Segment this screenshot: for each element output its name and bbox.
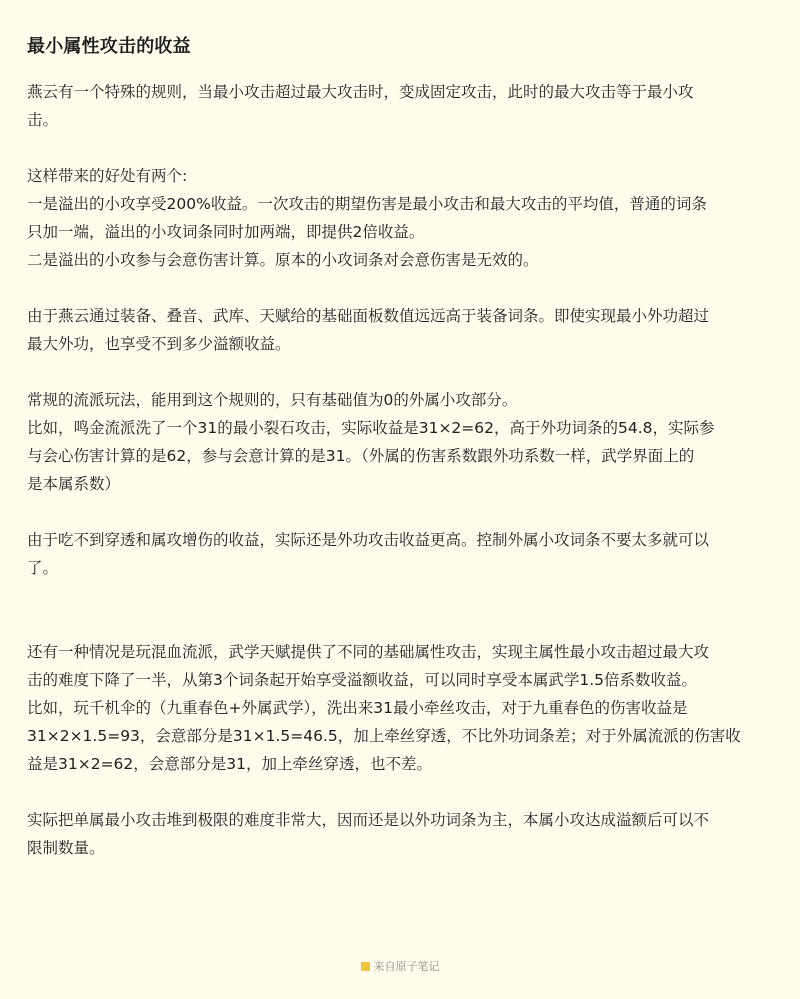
paragraph-conclusion: 实际把单属最小攻击堆到极限的难度非常大，因而还是以外功词条为主，本属小攻达成溢额… <box>27 806 779 862</box>
text-line: 比如，鸣金流派洗了一个31的最小裂石攻击，实际收益是31×2=62，高于外功词条… <box>27 414 779 442</box>
text-line: 最大外功，也享受不到多少溢额收益。 <box>27 330 779 358</box>
text-line: 了。 <box>27 554 779 582</box>
text-line: 31×2×1.5=93，会意部分是31×1.5=46.5，加上牵丝穿透，不比外功… <box>27 722 779 750</box>
paragraph-hybrid-build: 还有一种情况是玩混血流派，武学天赋提供了不同的基础属性攻击，实现主属性最小攻击超… <box>27 638 779 778</box>
text-line: 限制数量。 <box>27 834 779 862</box>
text-line: 二是溢出的小攻参与会意伤害计算。原本的小攻词条对会意伤害是无效的。 <box>27 246 779 274</box>
footer-label: 来自原子笔记 <box>374 960 440 973</box>
text-line: 实际把单属最小攻击堆到极限的难度非常大，因而还是以外功词条为主，本属小攻达成溢额… <box>27 806 779 834</box>
text-line: 只加一端，溢出的小攻词条同时加两端，即提供2倍收益。 <box>27 218 779 246</box>
text-line: 由于吃不到穿透和属攻增伤的收益，实际还是外功攻击收益更高。控制外属小攻词条不要太… <box>27 526 779 554</box>
paragraph-benefits: 这样带来的好处有两个: 一是溢出的小攻享受200%收益。一次攻击的期望伤害是最小… <box>27 162 779 274</box>
text-line: 常规的流派玩法，能用到这个规则的，只有基础值为0的外属小攻部分。 <box>27 386 779 414</box>
note-body: 燕云有一个特殊的规则，当最小攻击超过最大攻击时，变成固定攻击，此时的最大攻击等于… <box>27 78 779 862</box>
text-line: 与会心伤害计算的是62，参与会意计算的是31。（外属的伤害系数跟外功系数一样，武… <box>27 442 779 470</box>
text-line: 比如，玩千机伞的（九重春色+外属武学），洗出来31最小牵丝攻击，对于九重春色的伤… <box>27 694 779 722</box>
text-line: 燕云有一个特殊的规则，当最小攻击超过最大攻击时，变成固定攻击，此时的最大攻击等于… <box>27 78 779 106</box>
paragraph-base-panel: 由于燕云通过装备、叠音、武库、天赋给的基础面板数值远远高于装备词条。即使实现最小… <box>27 302 779 358</box>
text-line: 一是溢出的小攻享受200%收益。一次攻击的期望伤害是最小攻击和最大攻击的平均值，… <box>27 190 779 218</box>
note-title: 最小属性攻击的收益 <box>27 33 191 61</box>
text-line: 击。 <box>27 106 779 134</box>
paragraph-penetration: 由于吃不到穿透和属攻增伤的收益，实际还是外功攻击收益更高。控制外属小攻词条不要太… <box>27 526 779 582</box>
text-line: 还有一种情况是玩混血流派，武学天赋提供了不同的基础属性攻击，实现主属性最小攻击超… <box>27 638 779 666</box>
text-line: 这样带来的好处有两个: <box>27 162 779 190</box>
text-line: 益是31×2=62，会意部分是31，加上牵丝穿透，也不差。 <box>27 750 779 778</box>
text-line: 击的难度下降了一半，从第3个词条起开始享受溢额收益，可以同时享受本属武学1.5倍… <box>27 666 779 694</box>
text-line: 由于燕云通过装备、叠音、武库、天赋给的基础面板数值远远高于装备词条。即使实现最小… <box>27 302 779 330</box>
footer-source: 来自原子笔记 <box>0 958 800 974</box>
app-logo-icon <box>361 962 370 971</box>
paragraph-rule: 燕云有一个特殊的规则，当最小攻击超过最大攻击时，变成固定攻击，此时的最大攻击等于… <box>27 78 779 134</box>
paragraph-common-builds: 常规的流派玩法，能用到这个规则的，只有基础值为0的外属小攻部分。 比如，鸣金流派… <box>27 386 779 498</box>
text-line: 是本属系数） <box>27 470 779 498</box>
